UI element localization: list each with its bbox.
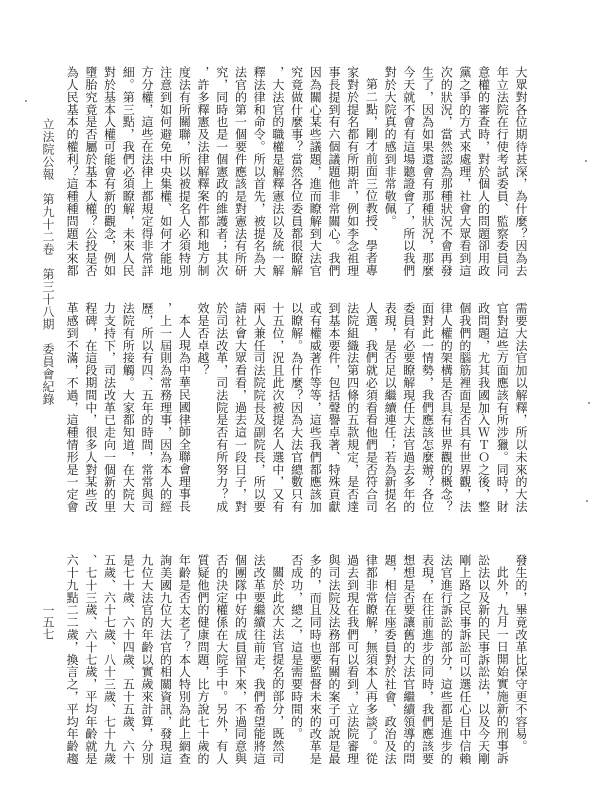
text-column: 黨之爭的方式來處理，社會大眾看到這 [455,66,474,281]
text-column: 律都非常瞭解，無須本人再多談了。從 [362,554,381,769]
text-column: 六十九點二二歲，換言之，平均年齡趨 [62,554,81,769]
page-number: 一五七 [40,604,57,640]
text-column: 對於基本人權可能會有新的觀念，例如 [100,66,119,281]
text-column: 到基本要件，包括聲譽卓著、特殊貢獻 [324,302,343,517]
text-column: 否成功，總之，這是需要時間的。 [287,554,306,769]
text-column: 法官進行訴訟的部分，這些都是進步的 [436,554,455,769]
text-column: 本人現為中華民國律師全聯會理事長 [175,302,194,517]
text-column: 否的決定權係在大院手中。另外，有人 [212,554,231,769]
text-column: 個我們的腦筋裡面是否具有世界觀，法 [455,302,474,517]
text-column: 詢美國九位大法官的相關資訊，發現這 [156,554,175,769]
scan-speck [25,100,27,102]
text-column: 家對於提名都有所期許，例如李念祖理 [343,66,362,281]
text-column: 注意到如何避免中央集權、如何才能地 [156,66,175,281]
text-column: 第二點，剛才前面三位教授、學者專 [362,66,381,281]
text-column: 與司法院及法務部有關的案子可說是最 [324,554,343,769]
text-column: 表現，是否足以繼續連任；若為新提名 [380,302,399,517]
text-column: 年齡是否太老了？本人特別為此上網查 [175,554,194,769]
text-column: 方分權，這些在法律上都規定得非常詳 [137,66,156,281]
text-column: 多的，而且同時也要監督未來的改革是 [306,554,325,769]
text-column: 九位大法官的年齡以實歲來計算，分別 [137,554,156,769]
text-column: 表現，在往前進步的同時，我們應該要 [418,554,437,769]
text-column: 法官的第一個要件應該是對憲法有所研 [231,66,250,281]
text-column: 生了，因為如果還會有那種狀況，那麼 [418,66,437,281]
text-column: 程碑，在這段期間中，很多人對某些改 [81,302,100,517]
text-column: 請社會大眾看看，過去這一段日子，對 [231,302,250,517]
text-column: 度法有所關聯，所以被提名人必須特別 [175,66,194,281]
text-column: 面對此一情勢，我們應該怎麼辦？各位 [418,302,437,517]
text-column: 歷，所以有四、五年的時間，常常與司 [137,302,156,517]
text-column: 法改革要繼續往前走，我們希望能將這 [249,554,268,769]
text-column: 此外，九月一日開始實施新的刑事訴 [493,554,512,769]
text-column: 過去到現在我們可以看到，立法院審理 [343,554,362,769]
text-column: 政問題，尤其我國加入ＷＴＯ之後，整 [474,302,493,517]
text-column: 官對這些方面應該有所涉獵。同時，財 [493,302,512,517]
text-column: 墮胎究竟是否屬於基本人權？公投是否 [81,66,100,281]
text-column: 革感到不滿，不過，這種情形是一定會 [62,302,81,517]
text-column: 需要大法官加以解釋，所以未來的大法 [511,302,530,517]
text-column: 以瞭解。為什麼？因為大法官總數只有 [287,302,306,517]
text-column: 兩人兼任司法院院長及副院長，所以要 [249,302,268,517]
text-column: 人選，我們就必須看看他們是否符合司 [362,302,381,517]
text-column: 訟法以及新的民事訴訟法，以及今天剛 [474,554,493,769]
text-column: 個團隊中好的成員留下來，不過同意與 [231,554,250,769]
text-column: 五歲、六十七歲、八十三歲、七十九歲 [100,554,119,769]
text-column: 為人民基本的權利？這種種問題未來都 [62,66,81,281]
text-column: 關於此次大法官提名的部分，既然司 [268,554,287,769]
text-column: 究竟做什麼事？當然各位委員都很瞭解 [287,66,306,281]
text-column: 事長提到有六個議題他非常關心。我們 [324,66,343,281]
text-band-bottom: 發生的，畢竟改革比保守更不容易。此外，九月一日開始實施新的刑事訴訟法以及新的民事… [60,554,530,769]
text-column: 題，相信在座委員對於社會、政治及法 [380,554,399,769]
text-column: 發生的，畢竟改革比保守更不容易。 [511,554,530,769]
text-column: 質疑他們的健康問題，比方說七十歲的 [193,554,212,769]
text-column: 年立法院在行使考試委員、監察委員同 [493,66,512,281]
text-column: 意權的審查時，對於個人的問題卻用政 [474,66,493,281]
text-column: 想想是否要讓舊的大法官繼續領導的問 [399,554,418,769]
text-column: 次的狀況，當然認為那種狀況不會再發 [436,66,455,281]
text-column: 因為關心某些議題，進而瞭解到大法官 [306,66,325,281]
text-column: 今天就不會有這場聽證會了，所以我們 [399,66,418,281]
text-column: 法院組織法第四條的五款規定，是否達 [343,302,362,517]
text-column: 委員有必要瞭解現任大法官過去多年的 [399,302,418,517]
text-column: 釋法律和命令。所以首先，被提名為大 [249,66,268,281]
text-column: 力支持下，司法改革已走向一個新的里 [100,302,119,517]
text-column: 是七十歲、六十四歲、五十五歲、六十 [119,554,138,769]
text-column: 或有權威著作等等，這些我們都應該加 [306,302,325,517]
text-band-top: 大眾對各位期待甚深，為什麼？因為去年立法院在行使考試委員、監察委員同意權的審查時… [60,66,530,281]
text-column: 效是否卓越？ [193,302,212,517]
text-column: 、七十三歲、六十七歲，平均年齡就是 [81,554,100,769]
text-column: 法院有所接觸。大家都知道，在大院大 [119,302,138,517]
text-column: 於司法改革，司法院是否有所努力？成 [212,302,231,517]
text-band-middle: 需要大法官加以解釋，所以未來的大法官對這些方面應該有所涉獵。同時，財政問題，尤其… [60,302,530,517]
text-column: ，上一屆則為常務理事，因為本人的經 [156,302,175,517]
text-column: 剛上路之民事訴訟可以選任心目中信賴 [455,554,474,769]
scan-speck [585,160,587,162]
text-column: ，許多釋憲及法律解釋案件都和地方制 [193,66,212,281]
text-column: 十五位，況且此次被提名人選中，又有 [268,302,287,517]
scan-speck [588,402,590,404]
text-column: 大眾對各位期待甚深，為什麼？因為去 [511,66,530,281]
text-column: 律人權的架構是否具有世界觀的概念？ [436,302,455,517]
text-column: 究，同時也是一個憲政的維護者；其次 [212,66,231,281]
text-column: 對於大院真的感到非常敬佩。 [380,66,399,281]
text-column: 細。第三點，我們必須瞭解，未來人民 [119,66,138,281]
scan-speck [586,500,588,502]
text-column: ，大法官的職權是解釋憲法以及統一解 [268,66,287,281]
publication-footer: 立法院公報 第九十二卷 第三十八期 委員會紀錄 [40,118,57,406]
